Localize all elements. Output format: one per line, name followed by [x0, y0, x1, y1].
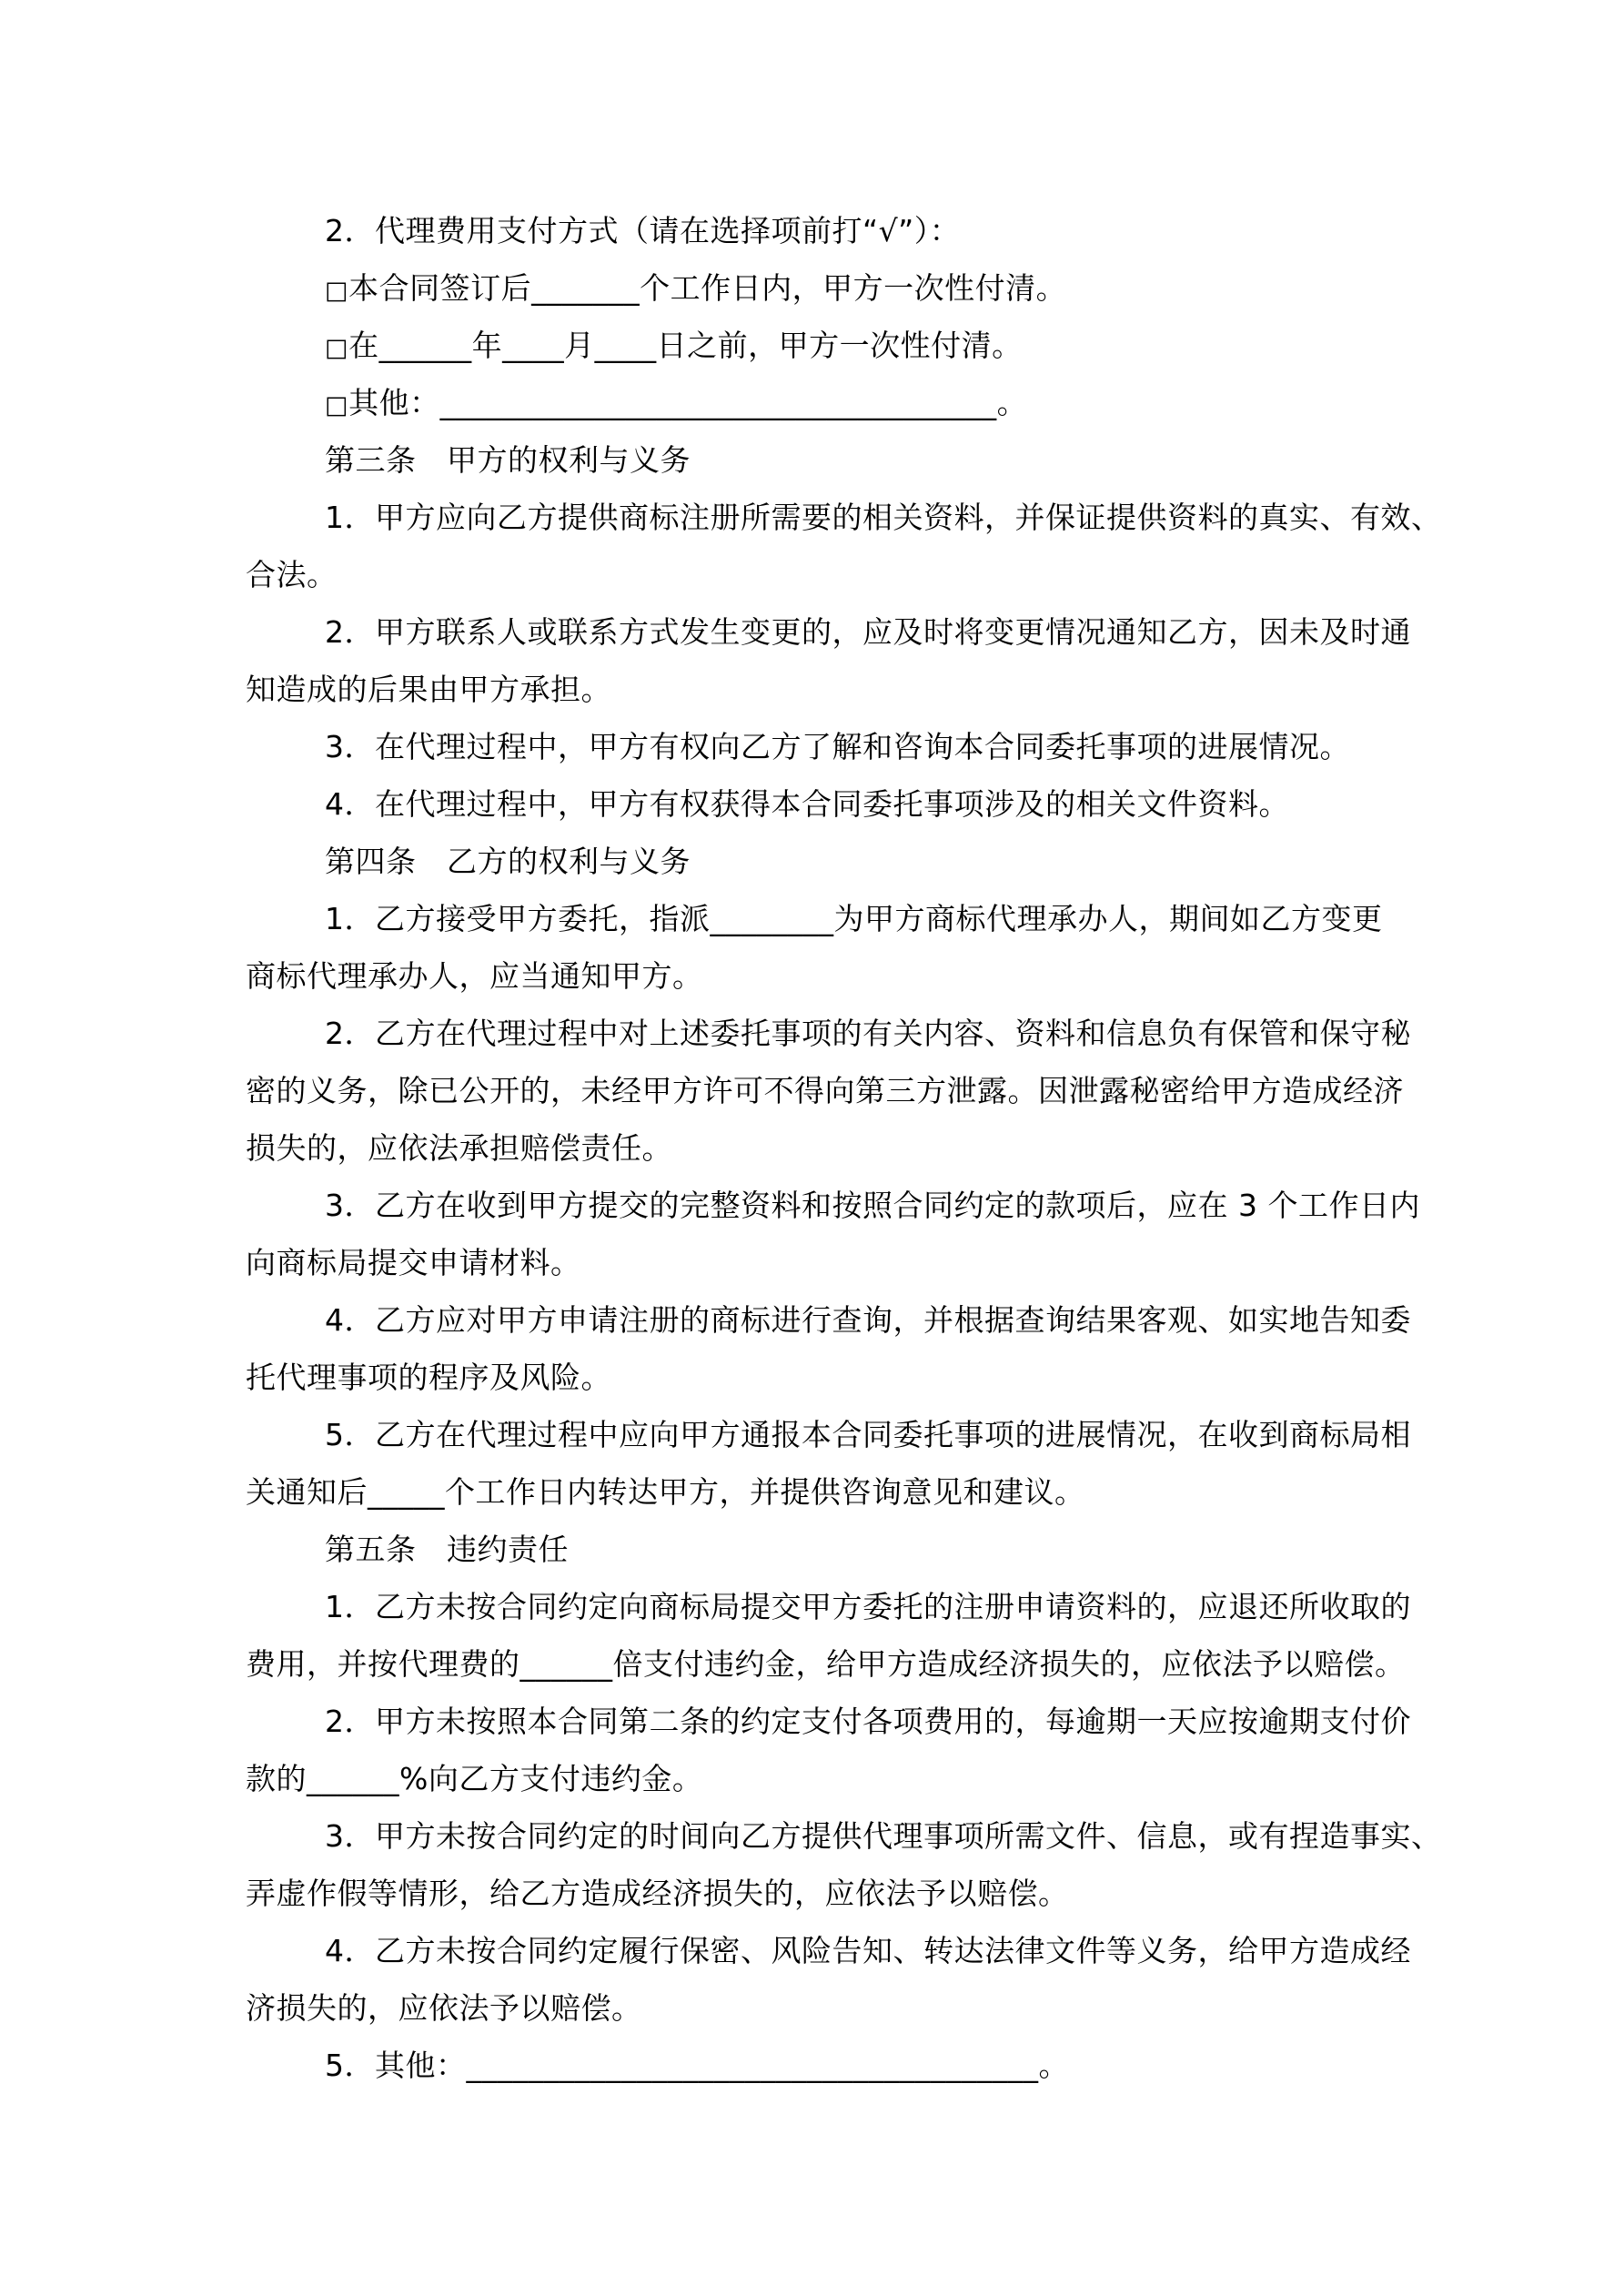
contract-text-line: □其他：____________________________________…: [246, 374, 1378, 431]
contract-text-line: 弄虚作假等情形，给乙方造成经济损失的，应依法予以赔偿。: [246, 1865, 1378, 1922]
checkbox-unchecked-icon: □: [325, 334, 348, 362]
contract-text-line: 托代理事项的程序及风险。: [246, 1349, 1378, 1406]
line-text: 弄虚作假等情形，给乙方造成经济损失的，应依法予以赔偿。: [246, 1876, 1069, 1911]
line-text: 1．甲方应向乙方提供商标注册所需要的相关资料，并保证提供资料的真实、有效、: [325, 500, 1442, 535]
contract-text-line: 1．乙方未按合同约定向商标局提交甲方委托的注册申请资料的，应退还所收取的: [246, 1578, 1378, 1635]
line-text: 第三条 甲方的权利与义务: [325, 442, 691, 478]
line-text: 3．在代理过程中，甲方有权向乙方了解和咨询本合同委托事项的进展情况。: [325, 729, 1350, 764]
line-text: 关通知后_____个工作日内转达甲方，并提供咨询意见和建议。: [246, 1474, 1085, 1510]
line-text: 2．甲方联系人或联系方式发生变更的，应及时将变更情况通知乙方，因未及时通: [325, 614, 1411, 650]
line-text: 第四条 乙方的权利与义务: [325, 844, 691, 879]
checkbox-unchecked-icon: □: [325, 391, 348, 420]
checkbox-unchecked-icon: □: [325, 277, 348, 305]
contract-text-line: 2．代理费用支付方式（请在选择项前打“√”）：: [246, 202, 1378, 259]
contract-text-line: 合法。: [246, 546, 1378, 603]
section-heading: 第四条 乙方的权利与义务: [246, 833, 1378, 890]
contract-text-line: 4．在代理过程中，甲方有权获得本合同委托事项涉及的相关文件资料。: [246, 775, 1378, 833]
line-text: 商标代理承办人，应当通知甲方。: [246, 958, 703, 994]
line-text: 1．乙方接受甲方委托，指派________为甲方商标代理承办人，期间如乙方变更: [325, 901, 1383, 936]
contract-text-line: □本合同签订后_______个工作日内，甲方一次性付清。: [246, 259, 1378, 317]
line-text: 其他：____________________________________。: [348, 385, 1027, 420]
contract-text-line: 3．在代理过程中，甲方有权向乙方了解和咨询本合同委托事项的进展情况。: [246, 718, 1378, 775]
contract-text-line: 3．乙方在收到甲方提交的完整资料和按照合同约定的款项后，应在 3 个工作日内: [246, 1177, 1378, 1234]
line-text: 5．其他：___________________________________…: [325, 2048, 1069, 2083]
section-heading: 第三条 甲方的权利与义务: [246, 431, 1378, 489]
contract-text-line: 2．甲方联系人或联系方式发生变更的，应及时将变更情况通知乙方，因未及时通: [246, 603, 1378, 661]
contract-text-line: 向商标局提交申请材料。: [246, 1234, 1378, 1291]
contract-text-line: 1．甲方应向乙方提供商标注册所需要的相关资料，并保证提供资料的真实、有效、: [246, 489, 1378, 546]
line-text: 2．代理费用支付方式（请在选择项前打“√”）：: [325, 213, 960, 248]
contract-text-line: 3．甲方未按合同约定的时间向乙方提供代理事项所需文件、信息，或有捏造事实、: [246, 1807, 1378, 1865]
line-text: 2．甲方未按照本合同第二条的约定支付各项费用的，每逾期一天应按逾期支付价: [325, 1704, 1411, 1739]
section-heading: 第五条 违约责任: [246, 1521, 1378, 1578]
contract-text-line: 1．乙方接受甲方委托，指派________为甲方商标代理承办人，期间如乙方变更: [246, 890, 1378, 947]
line-text: 损失的，应依法承担赔偿责任。: [246, 1130, 672, 1166]
line-text: 2．乙方在代理过程中对上述委托事项的有关内容、资料和信息负有保管和保守秘: [325, 1016, 1411, 1051]
contract-text-line: 5．乙方在代理过程中应向甲方通报本合同委托事项的进展情况，在收到商标局相: [246, 1406, 1378, 1463]
contract-text-line: 损失的，应依法承担赔偿责任。: [246, 1119, 1378, 1177]
contract-text-line: 2．乙方在代理过程中对上述委托事项的有关内容、资料和信息负有保管和保守秘: [246, 1005, 1378, 1062]
contract-body: 2．代理费用支付方式（请在选择项前打“√”）：□本合同签订后_______个工作…: [0, 0, 1624, 2094]
line-text: 托代理事项的程序及风险。: [246, 1360, 611, 1395]
line-text: 济损失的，应依法予以赔偿。: [246, 1990, 642, 2026]
line-text: 款的______%向乙方支付违约金。: [246, 1761, 702, 1796]
line-text: 5．乙方在代理过程中应向甲方通报本合同委托事项的进展情况，在收到商标局相: [325, 1417, 1411, 1452]
contract-text-line: 商标代理承办人，应当通知甲方。: [246, 947, 1378, 1005]
line-text: 在______年____月____日之前，甲方一次性付清。: [348, 328, 1023, 363]
line-text: 密的义务，除已公开的，未经甲方许可不得向第三方泄露。因泄露秘密给甲方造成经济: [246, 1073, 1404, 1108]
contract-text-line: 知造成的后果由甲方承担。: [246, 661, 1378, 718]
line-text: 知造成的后果由甲方承担。: [246, 672, 611, 707]
document-page: 2．代理费用支付方式（请在选择项前打“√”）：□本合同签订后_______个工作…: [0, 0, 1624, 2296]
line-text: 向商标局提交申请材料。: [246, 1245, 581, 1280]
line-text: 1．乙方未按合同约定向商标局提交甲方委托的注册申请资料的，应退还所收取的: [325, 1589, 1411, 1624]
contract-text-line: 款的______%向乙方支付违约金。: [246, 1750, 1378, 1807]
line-text: 4．乙方应对甲方申请注册的商标进行查询，并根据查询结果客观、如实地告知委: [325, 1302, 1411, 1338]
contract-text-line: 关通知后_____个工作日内转达甲方，并提供咨询意见和建议。: [246, 1463, 1378, 1521]
line-text: 合法。: [246, 557, 338, 592]
contract-text-line: 济损失的，应依法予以赔偿。: [246, 1979, 1378, 2037]
line-text: 3．甲方未按合同约定的时间向乙方提供代理事项所需文件、信息，或有捏造事实、: [325, 1818, 1442, 1854]
line-text: 费用，并按代理费的______倍支付违约金，给甲方造成经济损失的，应依法予以赔偿…: [246, 1646, 1406, 1682]
contract-text-line: 费用，并按代理费的______倍支付违约金，给甲方造成经济损失的，应依法予以赔偿…: [246, 1635, 1378, 1693]
contract-text-line: 4．乙方未按合同约定履行保密、风险告知、转达法律文件等义务，给甲方造成经: [246, 1922, 1378, 1979]
contract-text-line: 密的义务，除已公开的，未经甲方许可不得向第三方泄露。因泄露秘密给甲方造成经济: [246, 1062, 1378, 1119]
line-text: 4．在代理过程中，甲方有权获得本合同委托事项涉及的相关文件资料。: [325, 786, 1289, 822]
contract-text-line: 4．乙方应对甲方申请注册的商标进行查询，并根据查询结果客观、如实地告知委: [246, 1291, 1378, 1349]
line-text: 本合同签订后_______个工作日内，甲方一次性付清。: [348, 270, 1066, 306]
line-text: 3．乙方在收到甲方提交的完整资料和按照合同约定的款项后，应在 3 个工作日内: [325, 1188, 1420, 1223]
contract-text-line: 5．其他：___________________________________…: [246, 2037, 1378, 2094]
line-text: 第五条 违约责任: [325, 1532, 569, 1567]
line-text: 4．乙方未按合同约定履行保密、风险告知、转达法律文件等义务，给甲方造成经: [325, 1933, 1411, 1968]
contract-text-line: □在______年____月____日之前，甲方一次性付清。: [246, 317, 1378, 374]
contract-text-line: 2．甲方未按照本合同第二条的约定支付各项费用的，每逾期一天应按逾期支付价: [246, 1693, 1378, 1750]
